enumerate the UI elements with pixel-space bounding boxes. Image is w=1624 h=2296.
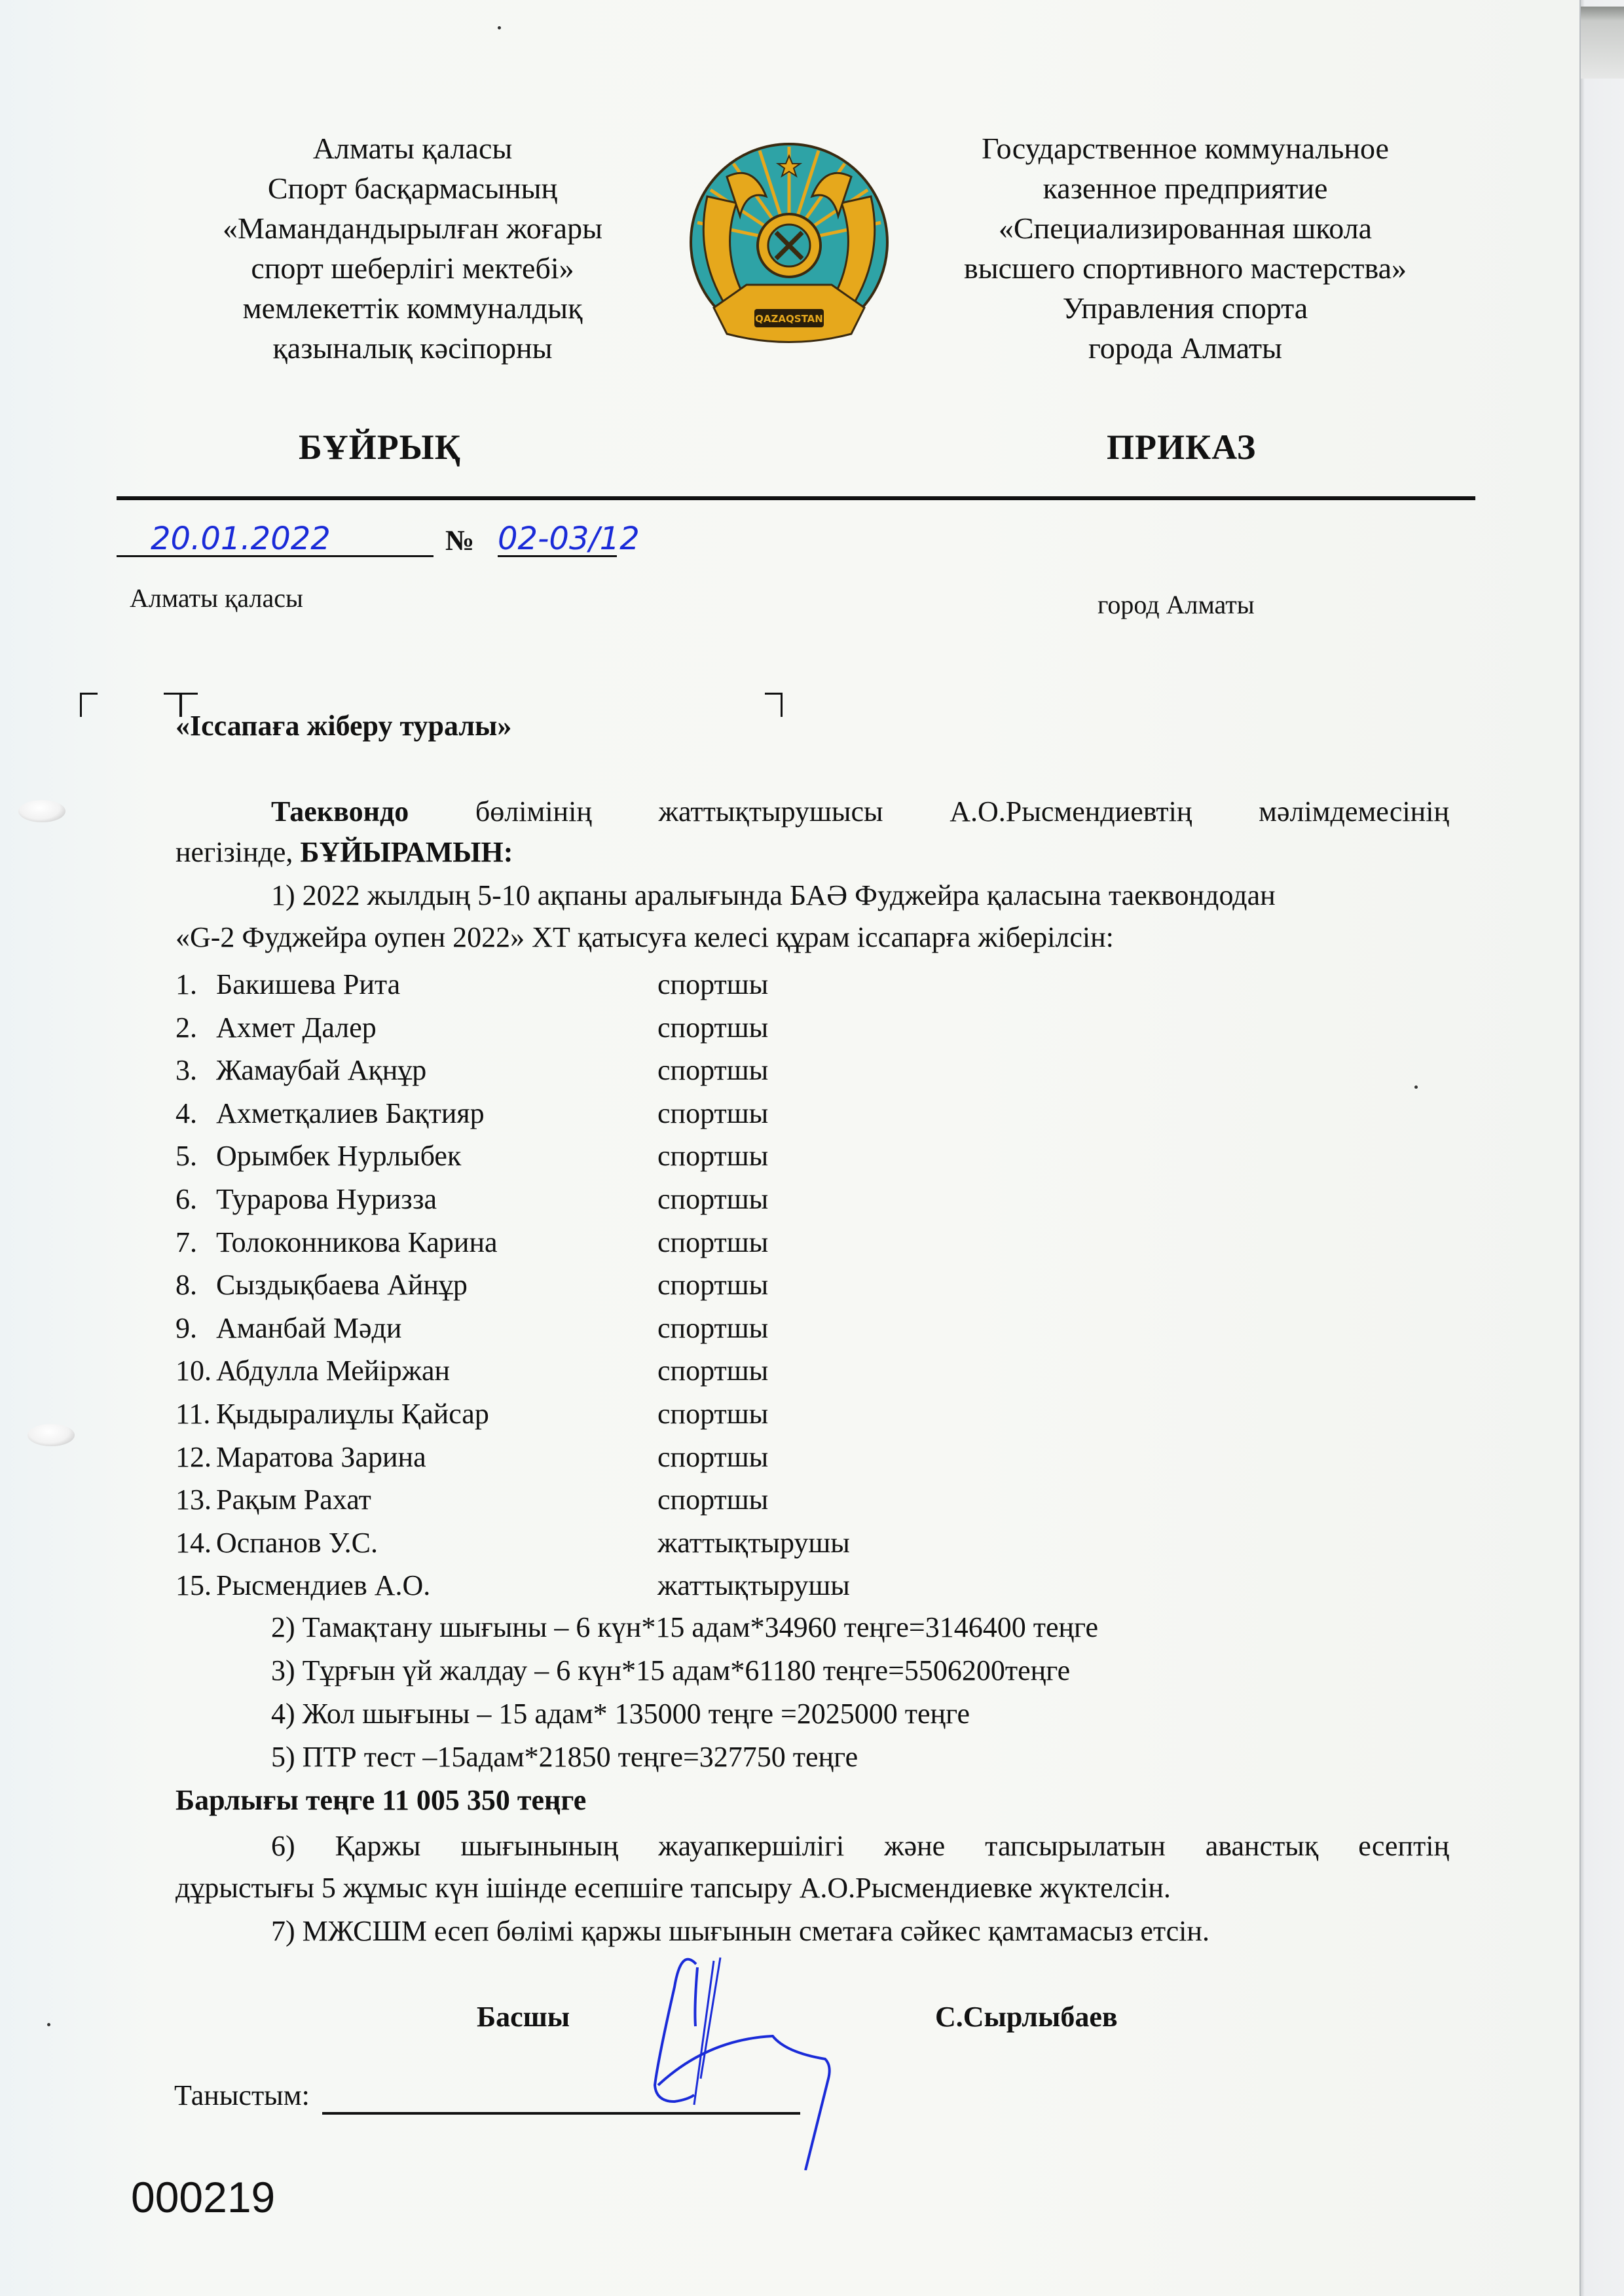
order-number: 02-03/12	[498, 520, 640, 557]
header-ru-line: казенное предприятие	[923, 168, 1447, 208]
roster-name: Қыдыралиұлы Қайсар	[216, 1398, 489, 1430]
roster-row: 6.Турарова Нуриззаспортшы	[175, 1182, 437, 1226]
punch-hole	[18, 800, 65, 822]
acknowledged-signature-line	[322, 2112, 800, 2115]
roster-number: 1.	[175, 968, 216, 1001]
roster-role: спортшы	[657, 1011, 768, 1044]
bracket-mark	[80, 693, 98, 717]
roster-role: спортшы	[657, 1097, 768, 1130]
handwritten-signature	[629, 1948, 904, 2170]
roster-row: 2.Ахмет Далерспортшы	[175, 1011, 377, 1054]
expense-housing: 3) Тұрғын үй жалдау – 6 күн*15 адам*6118…	[271, 1654, 1070, 1687]
roster-row: 3.Жамаубай Ақнұрспортшы	[175, 1053, 426, 1097]
document-page: Алматы қаласы Спорт басқармасының «Маман…	[0, 0, 1579, 2296]
roster-number: 8.	[175, 1268, 216, 1302]
expense-pcr-test: 5) ПТР тест –15адам*21850 теңге=327750 т…	[271, 1740, 858, 1774]
roster-name: Бакишева Рита	[216, 968, 400, 1000]
roster-role: жаттықтырушы	[657, 1526, 850, 1559]
header-kz-line: Алматы қаласы	[164, 128, 661, 168]
roster-name: Рысмендиев А.О.	[216, 1569, 430, 1601]
order-verb: БҰЙЫРАМЫН:	[300, 836, 513, 868]
total-amount: Барлығы теңге 11 005 350 теңге	[175, 1783, 586, 1817]
roster-number: 7.	[175, 1226, 216, 1259]
header-ru-line: Государственное коммунальное	[923, 128, 1447, 168]
roster-number: 10.	[175, 1354, 216, 1387]
order-date: 20.01.2022	[151, 520, 331, 557]
roster-row: 10.Абдулла Мейіржанспортшы	[175, 1354, 450, 1397]
roster-role: спортшы	[657, 1354, 768, 1387]
city-kz: Алматы қаласы	[130, 583, 303, 613]
roster-row: 9.Аманбай Мәдиспортшы	[175, 1311, 401, 1355]
expense-food: 2) Тамақтану шығыны – 6 күн*15 адам*3496…	[271, 1611, 1098, 1644]
kazakhstan-emblem-icon: QAZAQSTAN	[681, 137, 897, 354]
roster-number: 4.	[175, 1097, 216, 1130]
title-kz: БҰЙРЫҚ	[299, 427, 461, 467]
header-kz-line: «Мамандандырылған жоғары	[164, 208, 661, 248]
acknowledged-label: Таныстым:	[174, 2079, 310, 2112]
intro-line-1: Таеквондо бөлімінің жаттықтырушысы А.О.Р…	[175, 795, 1449, 828]
svg-text:QAZAQSTAN: QAZAQSTAN	[755, 313, 823, 325]
roster-name: Оспанов У.С.	[216, 1527, 378, 1559]
header-ru-line: города Алматы	[923, 328, 1447, 368]
roster-row: 12.Маратова Заринаспортшы	[175, 1440, 426, 1484]
header-kz-line: мемлекеттік коммуналдық	[164, 288, 661, 328]
roster-name: Рақым Рахат	[216, 1484, 371, 1516]
roster-name: Маратова Зарина	[216, 1441, 426, 1473]
roster-role: жаттықтырушы	[657, 1569, 850, 1602]
roster-name: Сыздықбаева Айнұр	[216, 1269, 468, 1301]
roster-role: спортшы	[657, 1311, 768, 1345]
intro-line-2: негізінде, БҰЙЫРАМЫН:	[175, 835, 513, 869]
header-ru-line: высшего спортивного мастерства»	[923, 248, 1447, 288]
roster-role: спортшы	[657, 1182, 768, 1216]
order-subject: «Іссапаға жіберу туралы»	[175, 709, 511, 742]
scan-speck	[47, 2023, 50, 2026]
roster-name: Аманбай Мәди	[216, 1312, 401, 1344]
expense-travel: 4) Жол шығыны – 15 адам* 135000 теңге =2…	[271, 1697, 970, 1730]
item-1-line-1: 1) 2022 жылдың 5-10 ақпаны аралығында БА…	[271, 879, 1276, 912]
roster-row: 11.Қыдыралиұлы Қайсарспортшы	[175, 1397, 489, 1440]
scan-edge	[1579, 0, 1624, 2296]
item-7: 7) МЖСШМ есеп бөлімі қаржы шығынын смета…	[271, 1914, 1209, 1948]
roster-role: спортшы	[657, 968, 768, 1001]
roster-role: спортшы	[657, 1440, 768, 1474]
header-kz-line: Спорт басқармасының	[164, 168, 661, 208]
header-kz-line: спорт шеберлігі мектебі»	[164, 248, 661, 288]
number-underline	[498, 555, 617, 557]
roster-number: 9.	[175, 1311, 216, 1345]
roster-number: 13.	[175, 1483, 216, 1516]
roster-number: 14.	[175, 1526, 216, 1559]
bracket-mark	[765, 693, 783, 717]
header-ru-line: Управления спорта	[923, 288, 1447, 328]
roster-row: 5.Орымбек Нурлыбекспортшы	[175, 1139, 461, 1182]
title-ru: ПРИКАЗ	[1107, 427, 1256, 467]
roster-number: 5.	[175, 1139, 216, 1173]
roster-row: 13.Рақым Рахатспортшы	[175, 1483, 371, 1526]
item-1-line-2: «G-2 Фуджейра оупен 2022» ХТ қатысуға ке…	[175, 920, 1114, 954]
header-kz-organization: Алматы қаласы Спорт басқармасының «Маман…	[164, 128, 661, 368]
signatory-position: Басшы	[477, 2000, 570, 2033]
roster-name: Орымбек Нурлыбек	[216, 1140, 461, 1172]
roster-role: спортшы	[657, 1268, 768, 1302]
roster-row: 7.Толоконникова Каринаспортшы	[175, 1226, 498, 1269]
header-divider	[117, 496, 1475, 500]
roster-number: 3.	[175, 1053, 216, 1087]
roster-name: Абдулла Мейіржан	[216, 1355, 450, 1387]
roster-row: 1.Бакишева Ритаспортшы	[175, 968, 400, 1011]
roster-number: 15.	[175, 1569, 216, 1602]
intro-basis: негізінде,	[175, 836, 300, 868]
scan-speck	[1414, 1085, 1418, 1089]
roster-row: 15.Рысмендиев А.О.жаттықтырушы	[175, 1569, 430, 1612]
scan-speck	[498, 26, 501, 29]
roster-row: 8.Сыздықбаева Айнұрспортшы	[175, 1268, 468, 1311]
intro-sport: Таеквондо	[271, 795, 409, 828]
city-ru: город Алматы	[1098, 589, 1255, 620]
roster-role: спортшы	[657, 1397, 768, 1430]
roster-role: спортшы	[657, 1483, 768, 1516]
signatory-name: С.Сырлыбаев	[935, 2000, 1118, 2033]
roster-name: Турарова Нуризза	[216, 1183, 437, 1215]
serial-number: 000219	[131, 2172, 275, 2222]
punch-hole	[28, 1424, 75, 1446]
roster-name: Ахметқалиев Бақтияр	[216, 1097, 485, 1129]
roster-name: Ахмет Далер	[216, 1011, 377, 1044]
intro-text: бөлімінің жаттықтырушысы А.О.Рысмендиевт…	[409, 795, 1449, 828]
roster-role: спортшы	[657, 1053, 768, 1087]
roster-role: спортшы	[657, 1226, 768, 1259]
roster-name: Толоконникова Карина	[216, 1226, 498, 1258]
header-ru-organization: Государственное коммунальное казенное пр…	[923, 128, 1447, 368]
roster-row: 14.Оспанов У.С.жаттықтырушы	[175, 1526, 378, 1569]
scan-edge-shadow	[1581, 7, 1624, 79]
roster-row: 4.Ахметқалиев Бақтиярспортшы	[175, 1097, 485, 1140]
roster-name: Жамаубай Ақнұр	[216, 1054, 426, 1086]
number-sign: №	[445, 524, 474, 557]
date-underline	[117, 555, 434, 557]
roster-role: спортшы	[657, 1139, 768, 1173]
item-6-line-1: 6) Қаржы шығынының жауапкершілігі және т…	[271, 1829, 1449, 1863]
header-kz-line: қазыналық кәсіпорны	[164, 328, 661, 368]
roster-number: 11.	[175, 1397, 216, 1430]
header-ru-line: «Специализированная школа	[923, 208, 1447, 248]
roster-number: 6.	[175, 1182, 216, 1216]
item-6-line-2: дұрыстығы 5 жұмыс күн ішінде есепшіге та…	[175, 1871, 1171, 1904]
roster-number: 12.	[175, 1440, 216, 1474]
roster-number: 2.	[175, 1011, 216, 1044]
